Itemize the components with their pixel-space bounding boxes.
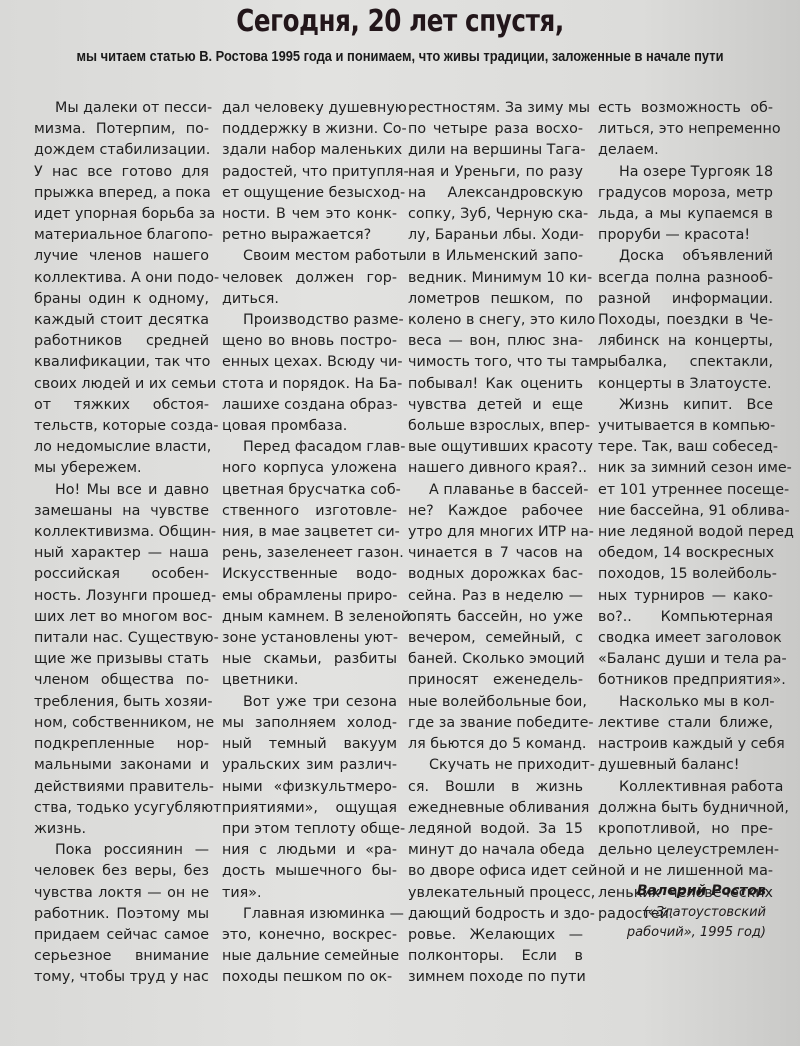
- text-line: Мы далеки от песси-: [34, 98, 209, 119]
- text-line: льда, а мы купаемся в: [598, 204, 773, 225]
- text-line: учитывается в компью-: [598, 416, 773, 437]
- text-line: ет ощущение безысход-: [222, 183, 397, 204]
- text-line: не? Каждое рабочее: [408, 501, 583, 522]
- text-line: сейна. Раз в неделю —: [408, 586, 583, 607]
- text-column-1: Мы далеки от песси-мизма. Потерпим, по-д…: [34, 98, 209, 989]
- text-line: мизма. Потерпим, по-: [34, 119, 209, 140]
- text-line: зоне установлены уют-: [222, 628, 397, 649]
- text-line: мы заполняем холод-: [222, 713, 397, 734]
- text-line: ные волейбольные бои,: [408, 692, 583, 713]
- text-line: щие же призывы стать: [34, 649, 209, 670]
- text-line: ных турниров — како-: [598, 586, 773, 607]
- text-line: Искусственные водо-: [222, 564, 397, 585]
- text-line: вечером, семейный, с: [408, 628, 583, 649]
- text-line: Производство разме-: [222, 310, 397, 331]
- text-line: ные скамьи, разбиты: [222, 649, 397, 670]
- text-line: Вот уже три сезона: [222, 692, 397, 713]
- text-line: дным камнем. В зеленой: [222, 607, 397, 628]
- text-line: побывал! Как оценить: [408, 374, 583, 395]
- text-line: «Баланс души и тела ра-: [598, 649, 773, 670]
- text-line: чувства детей и еще: [408, 395, 583, 416]
- text-line: походов, 15 волейболь-: [598, 564, 773, 585]
- text-line: дал человеку душевную: [222, 98, 397, 119]
- text-line: рень, зазеленеет газон.: [222, 543, 397, 564]
- text-line: увлекательный процесс,: [408, 883, 583, 904]
- text-line: ности. В чем это конк-: [222, 204, 397, 225]
- text-line: опять бассейн, но уже: [408, 607, 583, 628]
- text-line: душевный баланс!: [598, 755, 773, 776]
- text-line: ние бассейна, 91 облива-: [598, 501, 773, 522]
- text-line: водных дорожках бас-: [408, 564, 583, 585]
- text-line: дость мышечного бы-: [222, 861, 397, 882]
- text-line: на Александровскую: [408, 183, 583, 204]
- text-line: цовая промбаза.: [222, 416, 397, 437]
- text-line: квалификации, так что: [34, 352, 209, 373]
- text-line: ной и не лишенной ма-: [598, 861, 773, 882]
- text-line: ля бьются до 5 команд.: [408, 734, 583, 755]
- text-column-4: есть возможность об-литься, это непремен…: [598, 98, 773, 925]
- text-line: литься, это непременно: [598, 119, 773, 140]
- text-line: каждый стоит десятка: [34, 310, 209, 331]
- text-line: лективе стали ближе,: [598, 713, 773, 734]
- text-line: тере. Так, ваш собесед-: [598, 437, 773, 458]
- text-line: где за звание победите-: [408, 713, 583, 734]
- source-line-1: («Златоустовский: [598, 903, 766, 923]
- text-line: стота и порядок. На Ба-: [222, 374, 397, 395]
- text-line: поддержку в жизни. Со-: [222, 119, 397, 140]
- text-line: во?.. Компьютерная: [598, 607, 773, 628]
- text-line: Скучать не приходит-: [408, 755, 583, 776]
- text-line: нашего дивного края?..: [408, 458, 583, 479]
- text-line: жизнь.: [34, 819, 209, 840]
- text-line: чимость того, что ты там: [408, 352, 583, 373]
- text-line: веса — вон, плюс зна-: [408, 331, 583, 352]
- text-line: коллективизма. Общин-: [34, 522, 209, 543]
- text-line: Но! Мы все и давно: [34, 480, 209, 501]
- text-line: дающий бодрость и здо-: [408, 904, 583, 925]
- text-line: кропотливой, но пре-: [598, 819, 773, 840]
- text-line: цветная брусчатка соб-: [222, 480, 397, 501]
- text-line: ежедневные обливания: [408, 798, 583, 819]
- text-line: подкрепленные нор-: [34, 734, 209, 755]
- text-line: ровье. Желающих —: [408, 925, 583, 946]
- text-line: Насколько мы в кол-: [598, 692, 773, 713]
- text-line: идет упорная борьба за: [34, 204, 209, 225]
- text-line: радостей, что притупля-: [222, 162, 397, 183]
- text-line: градусов мороза, метр: [598, 183, 773, 204]
- text-line: ния, в мае зацветет си-: [222, 522, 397, 543]
- text-line: браны один к одному,: [34, 289, 209, 310]
- text-line: концерты в Златоусте.: [598, 374, 773, 395]
- text-line: ный темный вакуум: [222, 734, 397, 755]
- text-line: работников средней: [34, 331, 209, 352]
- text-line: делаем.: [598, 140, 773, 161]
- text-line: рестностям. За зиму мы: [408, 98, 583, 119]
- text-line: рыбалка, спектакли,: [598, 352, 773, 373]
- text-line: прыжка вперед, а пока: [34, 183, 209, 204]
- text-line: ли в Ильменский запо-: [408, 246, 583, 267]
- text-line: есть возможность об-: [598, 98, 773, 119]
- text-line: А плаванье в бассей-: [408, 480, 583, 501]
- text-line: питали нас. Существую-: [34, 628, 209, 649]
- text-line: по четыре раза восхо-: [408, 119, 583, 140]
- text-line: ния с людьми и «ра-: [222, 840, 397, 861]
- text-line: при этом теплоту обще-: [222, 819, 397, 840]
- text-line: ства, тодько усугубляют: [34, 798, 209, 819]
- article-subheadline: мы читаем статью В. Ростова 1995 года и …: [56, 48, 744, 65]
- text-line: емы обрамлены приро-: [222, 586, 397, 607]
- text-column-2: дал человеку душевнуюподдержку в жизни. …: [222, 98, 397, 989]
- author-signature: Валерий Ростов: [598, 883, 766, 899]
- text-line: Перед фасадом глав-: [222, 437, 397, 458]
- text-line: сопку, Зуб, Черную ска-: [408, 204, 583, 225]
- text-line: ледяной водой. За 15: [408, 819, 583, 840]
- source-citation: («Златоустовский рабочий», 1995 год): [598, 903, 766, 943]
- text-line: должна быть будничной,: [598, 798, 773, 819]
- text-line: приносят еженедель-: [408, 670, 583, 691]
- text-line: от тяжких обстоя-: [34, 395, 209, 416]
- text-line: утро для многих ИТР на-: [408, 522, 583, 543]
- text-line: своих людей и их семьи: [34, 374, 209, 395]
- text-line: щено во вновь постро-: [222, 331, 397, 352]
- text-line: ные дальние семейные: [222, 946, 397, 967]
- text-line: У нас все готово для: [34, 162, 209, 183]
- article-headline: Сегодня, 20 лет спустя,: [72, 4, 728, 39]
- text-line: диться.: [222, 289, 397, 310]
- text-line: енных цехах. Всюду чи-: [222, 352, 397, 373]
- text-line: дельно целеустремлен-: [598, 840, 773, 861]
- text-line: членом общества по-: [34, 670, 209, 691]
- text-line: человек должен гор-: [222, 268, 397, 289]
- text-line: тельств, которые созда-: [34, 416, 209, 437]
- text-line: Походы, поездки в Че-: [598, 310, 773, 331]
- text-line: Жизнь кипит. Все: [598, 395, 773, 416]
- text-line: ведник. Минимум 10 ки-: [408, 268, 583, 289]
- text-line: минут до начала обеда: [408, 840, 583, 861]
- text-line: лябинск на концерты,: [598, 331, 773, 352]
- text-line: дили на вершины Тага-: [408, 140, 583, 161]
- text-line: цветники.: [222, 670, 397, 691]
- text-line: приятиями», ощущая: [222, 798, 397, 819]
- text-line: На озере Тургояк 18: [598, 162, 773, 183]
- text-line: ние ледяной водой перед: [598, 522, 773, 543]
- source-line-2: рабочий», 1995 год): [598, 923, 766, 943]
- text-line: ный характер — наша: [34, 543, 209, 564]
- text-line: ными «физкультмеро-: [222, 777, 397, 798]
- text-line: это, конечно, воскрес-: [222, 925, 397, 946]
- text-line: замешаны на чувстве: [34, 501, 209, 522]
- text-line: ших лет во многом вос-: [34, 607, 209, 628]
- text-line: мальными законами и: [34, 755, 209, 776]
- text-line: всегда полна разнооб-: [598, 268, 773, 289]
- text-line: лу, Бараньи лбы. Ходи-: [408, 225, 583, 246]
- text-line: зимнем походе по пути: [408, 967, 583, 988]
- text-line: придаем сейчас самое: [34, 925, 209, 946]
- text-line: больше взрослых, впер-: [408, 416, 583, 437]
- text-line: вые ощутивших красоту: [408, 437, 583, 458]
- text-line: полконторы. Если в: [408, 946, 583, 967]
- text-line: требления, быть хозяи-: [34, 692, 209, 713]
- text-line: во дворе офиса идет сей: [408, 861, 583, 882]
- text-line: лашихе создана образ-: [222, 395, 397, 416]
- text-line: ся. Вошли в жизнь: [408, 777, 583, 798]
- text-line: ность. Лозунги прошед-: [34, 586, 209, 607]
- text-line: Доска объявлений: [598, 246, 773, 267]
- text-line: человек без веры, без: [34, 861, 209, 882]
- text-line: Своим местом работы: [222, 246, 397, 267]
- text-line: колено в снегу, это кило: [408, 310, 583, 331]
- text-line: проруби — красота!: [598, 225, 773, 246]
- text-column-3: рестностям. За зиму мыпо четыре раза вос…: [408, 98, 583, 989]
- text-line: ботников предприятия».: [598, 670, 773, 691]
- text-line: ет 101 утреннее посеще-: [598, 480, 773, 501]
- text-line: дождем стабилизации.: [34, 140, 209, 161]
- text-line: материальное благопо-: [34, 225, 209, 246]
- text-line: лометров пешком, по: [408, 289, 583, 310]
- text-line: ретно выражается?: [222, 225, 397, 246]
- text-line: ного корпуса уложена: [222, 458, 397, 479]
- text-line: чувства локтя — он не: [34, 883, 209, 904]
- text-line: работник. Поэтому мы: [34, 904, 209, 925]
- text-line: походы пешком по ок-: [222, 967, 397, 988]
- text-line: ном, собственником, не: [34, 713, 209, 734]
- text-line: ственного изготовле-: [222, 501, 397, 522]
- text-line: настроив каждый у себя: [598, 734, 773, 755]
- text-line: коллектива. А они подо-: [34, 268, 209, 289]
- text-line: чинается в 7 часов на: [408, 543, 583, 564]
- text-line: действиями правитель-: [34, 777, 209, 798]
- text-line: Коллективная работа: [598, 777, 773, 798]
- text-line: сводка имеет заголовок: [598, 628, 773, 649]
- text-line: обедом, 14 воскресных: [598, 543, 773, 564]
- text-line: тия».: [222, 883, 397, 904]
- text-line: ник за зимний сезон име-: [598, 458, 773, 479]
- text-line: российская особен-: [34, 564, 209, 585]
- text-line: ная и Уреньги, по разу: [408, 162, 583, 183]
- text-line: Главная изюминка —: [222, 904, 397, 925]
- text-line: Пока россиянин —: [34, 840, 209, 861]
- text-line: здали набор маленьких: [222, 140, 397, 161]
- text-line: лучие членов нашего: [34, 246, 209, 267]
- text-line: мы убережем.: [34, 458, 209, 479]
- text-line: уральских зим различ-: [222, 755, 397, 776]
- text-line: разной информации.: [598, 289, 773, 310]
- text-line: серьезное внимание: [34, 946, 209, 967]
- text-line: ло недомыслие власти,: [34, 437, 209, 458]
- text-line: тому, чтобы труд у нас: [34, 967, 209, 988]
- text-line: баней. Сколько эмоций: [408, 649, 583, 670]
